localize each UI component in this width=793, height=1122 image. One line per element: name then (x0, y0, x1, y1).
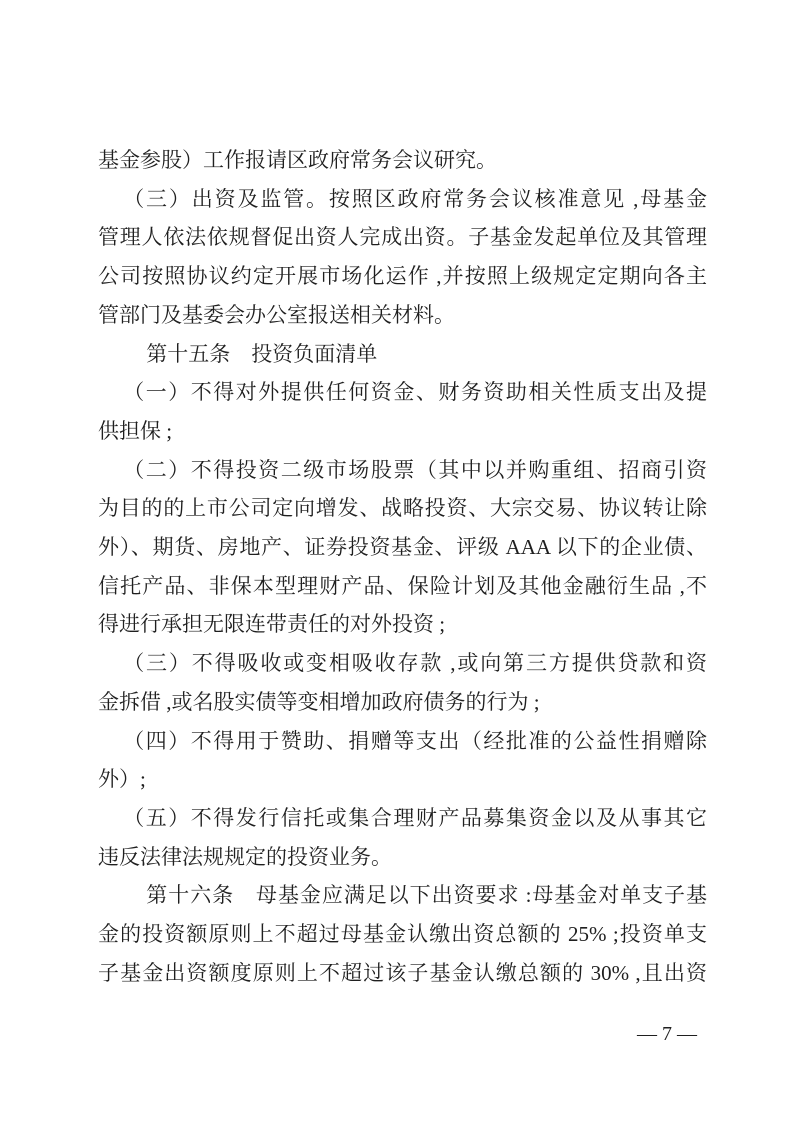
document-body: 基金参股）工作报请区政府常务会议研究。（三）出资及监管。按照区政府常务会议核准意… (98, 141, 707, 992)
text-line: （一）不得对外提供任何资金、财务资助相关性质支出及提 (98, 373, 707, 412)
text-line: 基金参股）工作报请区政府常务会议研究。 (98, 141, 707, 180)
paragraph-item-1-no-external-funding: （一）不得对外提供任何资金、财务资助相关性质支出及提供担保 ; (98, 373, 707, 450)
paragraph-item-2-no-secondary-market: （二）不得投资二级市场股票（其中以并购重组、招商引资为目的的上市公司定向增发、战… (98, 451, 707, 645)
text-line: （二）不得投资二级市场股票（其中以并购重组、招商引资 (98, 451, 707, 490)
text-line: 供担保 ; (98, 412, 707, 451)
text-line: 信托产品、非保本型理财产品、保险计划及其他金融衍生品 ,不 (98, 567, 707, 606)
text-line: 金的投资额原则上不超过母基金认缴出资总额的 25% ;投资单支 (98, 915, 707, 954)
text-line: （四）不得用于赞助、捐赠等支出（经批准的公益性捐赠除 (98, 722, 707, 761)
paragraph-item-3-contribution-supervision: （三）出资及监管。按照区政府常务会议核准意见 ,母基金管理人依法依规督促出资人完… (98, 180, 707, 335)
text-line: 为目的的上市公司定向增发、战略投资、大宗交易、协议转让除 (98, 489, 707, 528)
paragraph-item-5-no-trust-products: （五）不得发行信托或集合理财产品募集资金以及从事其它违反法律法规规定的投资业务。 (98, 799, 707, 876)
page-footer: — 7 — (637, 1022, 697, 1046)
text-line: 外）; (98, 760, 707, 799)
text-line: 得进行承担无限连带责任的对外投资 ; (98, 605, 707, 644)
paragraph-continuation: 基金参股）工作报请区政府常务会议研究。 (98, 141, 707, 180)
page-number: — 7 — (637, 1023, 697, 1045)
text-line: （三）出资及监管。按照区政府常务会议核准意见 ,母基金 (98, 180, 707, 219)
text-line: 管部门及基委会办公室报送相关材料。 (98, 296, 707, 335)
text-line: 金拆借 ,或名股实债等变相增加政府债务的行为 ; (98, 683, 707, 722)
text-line: （三）不得吸收或变相吸收存款 ,或向第三方提供贷款和资 (98, 644, 707, 683)
text-line: 外）、期货、房地产、证券投资基金、评级 AAA 以下的企业债、 (98, 528, 707, 567)
text-line: 公司按照协议约定开展市场化运作 ,并按照上级规定定期向各主 (98, 257, 707, 296)
paragraph-item-3-no-deposits-loans: （三）不得吸收或变相吸收存款 ,或向第三方提供贷款和资金拆借 ,或名股实债等变相… (98, 644, 707, 721)
text-line: 违反法律法规规定的投资业务。 (98, 838, 707, 877)
paragraph-article-15-heading: 第十五条 投资负面清单 (98, 335, 707, 374)
text-line: （五）不得发行信托或集合理财产品募集资金以及从事其它 (98, 799, 707, 838)
text-line: 管理人依法依规督促出资人完成出资。子基金发起单位及其管理 (98, 218, 707, 257)
text-line: 第十五条 投资负面清单 (98, 335, 707, 374)
paragraph-item-4-no-sponsorship-donation: （四）不得用于赞助、捐赠等支出（经批准的公益性捐赠除外）; (98, 722, 707, 799)
text-line: 第十六条 母基金应满足以下出资要求 :母基金对单支子基 (98, 876, 707, 915)
paragraph-article-16-contribution-requirements: 第十六条 母基金应满足以下出资要求 :母基金对单支子基金的投资额原则上不超过母基… (98, 876, 707, 992)
text-line: 子基金出资额度原则上不超过该子基金认缴总额的 30% ,且出资 (98, 954, 707, 993)
